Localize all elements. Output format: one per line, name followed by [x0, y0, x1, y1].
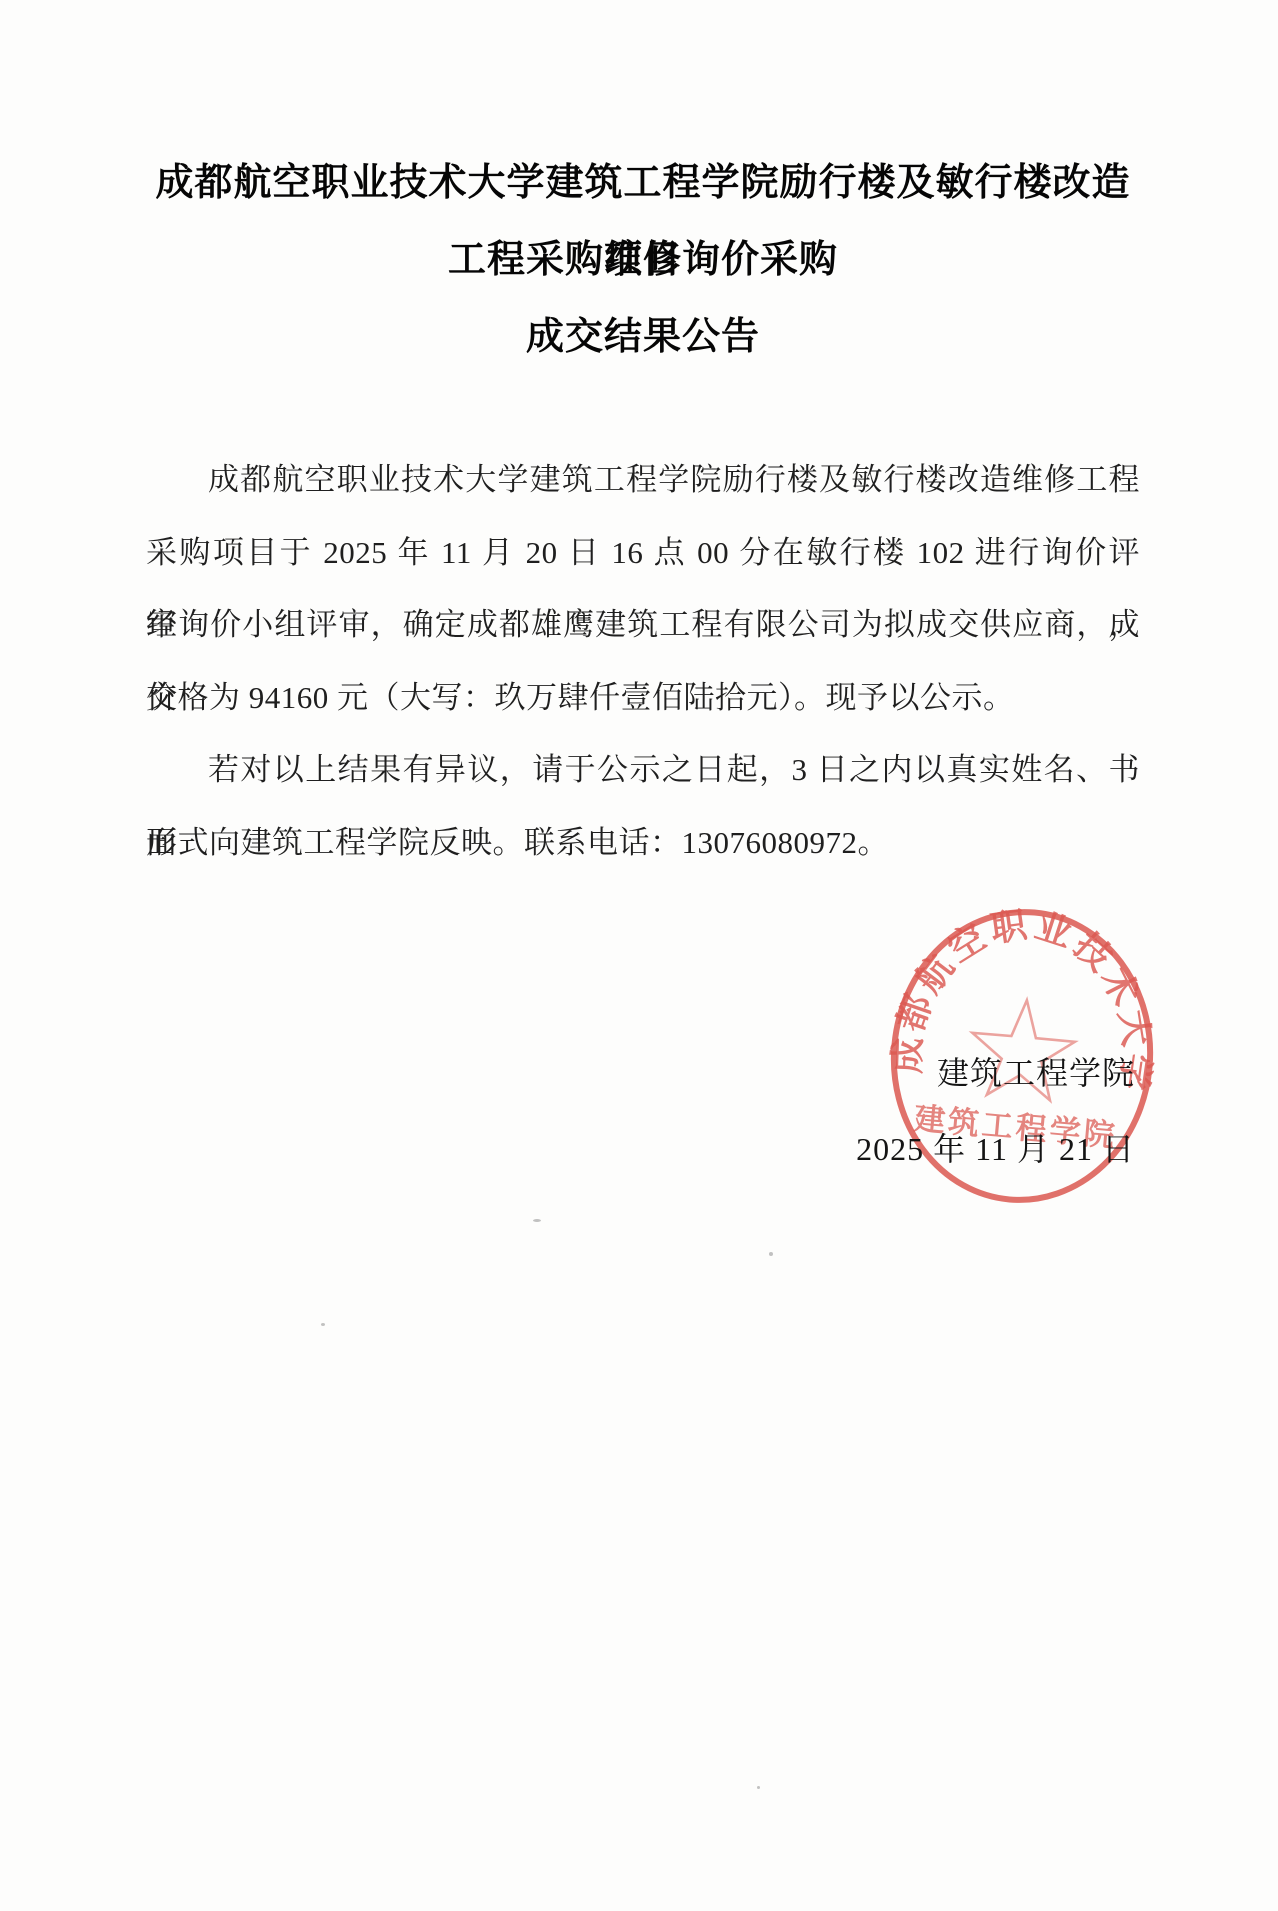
paragraph-objection: 若对以上结果有异议，请于公示之日起，3 日之内以真实姓名、书面形式向建筑工程学院… — [146, 734, 1140, 879]
scan-speck — [533, 1219, 541, 1222]
body-text-line: 价格为 94160 元（大写：玖万肆仟壹佰陆拾元）。现予以公示。 — [146, 662, 1140, 735]
paragraph-announcement: 成都航空职业技术大学建筑工程学院励行楼及敏行楼改造维修工程采购项目于 2025 … — [146, 444, 1140, 734]
body-text-line: 成都航空职业技术大学建筑工程学院励行楼及敏行楼改造维修工程 — [146, 444, 1140, 517]
body-text-line: 经询价小组评审，确定成都雄鹰建筑工程有限公司为拟成交供应商，成交 — [146, 589, 1140, 662]
document-body: 成都航空职业技术大学建筑工程学院励行楼及敏行楼改造维修工程采购项目于 2025 … — [146, 444, 1140, 880]
title-line-3: 成交结果公告 — [146, 299, 1140, 376]
body-text-line: 若对以上结果有异议，请于公示之日起，3 日之内以真实姓名、书面 — [146, 734, 1140, 807]
signature-date: 2025 年 11 月 21 日 — [856, 1124, 1135, 1170]
body-text-line: 采购项目于 2025 年 11 月 20 日 16 点 00 分在敏行楼 102… — [146, 517, 1140, 590]
scan-speck — [757, 1786, 760, 1789]
body-text-line: 形式向建筑工程学院反映。联系电话：13076080972。 — [146, 807, 1140, 880]
title-line-2: 工程采购项目询价采购 — [146, 222, 1140, 299]
signature-org: 建筑工程学院 — [937, 1048, 1135, 1094]
document-title: 成都航空职业技术大学建筑工程学院励行楼及敏行楼改造维修 工程采购项目询价采购 成… — [146, 145, 1140, 376]
title-line-1: 成都航空职业技术大学建筑工程学院励行楼及敏行楼改造维修 — [146, 145, 1140, 222]
scan-speck — [769, 1252, 773, 1256]
document-page: 成都航空职业技术大学建筑工程学院励行楼及敏行楼改造维修 工程采购项目询价采购 成… — [0, 0, 1278, 1911]
scan-speck — [321, 1323, 325, 1326]
